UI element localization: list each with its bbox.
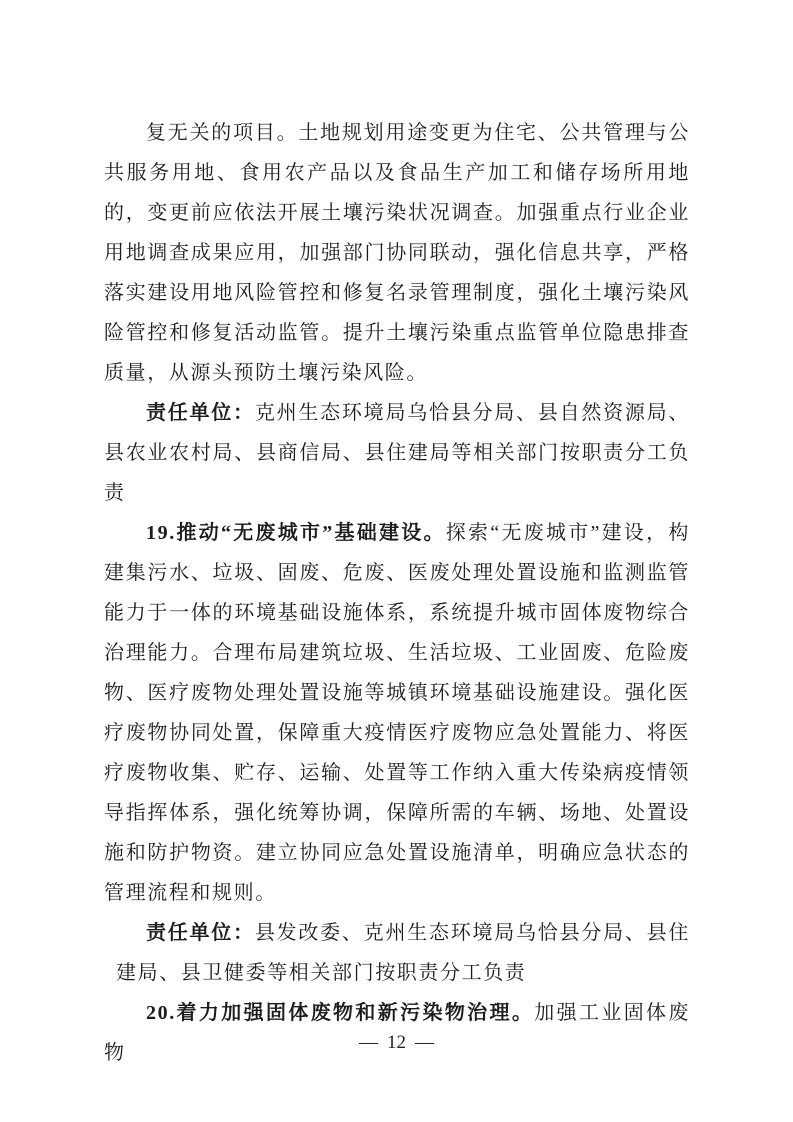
text-run: 探索“无废城市”建设，构建集污水、垃圾、固废、危废、医废处理处置设施和监测监管能… bbox=[104, 522, 690, 904]
item-19-heading: 19.推动“无废城市”基础建设。 bbox=[146, 522, 446, 544]
item-20-heading: 20.着力加强固体废物和新污染物治理。 bbox=[146, 1002, 534, 1024]
page-number: 12 bbox=[387, 1028, 406, 1058]
page-footer: —12— bbox=[0, 1028, 793, 1058]
footer-left-dash: — bbox=[359, 1028, 378, 1058]
responsible-unit-label: 责任单位： bbox=[146, 402, 255, 424]
text-run: 复无关的项目。土地规划用途变更为住宅、公共管理与公共服务用地、食用农产品以及食品… bbox=[104, 122, 690, 384]
paragraph-responsibility-18: 责任单位：克州生态环境局乌恰县分局、县自然资源局、县农业农村局、县商信局、县住建… bbox=[104, 393, 690, 513]
responsible-unit-label: 责任单位： bbox=[146, 922, 255, 944]
paragraph-responsibility-19: 责任单位：县发改委、克州生态环境局乌恰县分局、县住建局、县卫健委等相关部门按职责… bbox=[104, 913, 690, 993]
footer-right-dash: — bbox=[415, 1028, 434, 1058]
document-page: 复无关的项目。土地规划用途变更为住宅、公共管理与公共服务用地、食用农产品以及食品… bbox=[0, 0, 793, 1122]
paragraph-continuation: 复无关的项目。土地规划用途变更为住宅、公共管理与公共服务用地、食用农产品以及食品… bbox=[104, 113, 690, 393]
paragraph-item-19: 19.推动“无废城市”基础建设。探索“无废城市”建设，构建集污水、垃圾、固废、危… bbox=[104, 513, 690, 913]
document-body: 复无关的项目。土地规划用途变更为住宅、公共管理与公共服务用地、食用农产品以及食品… bbox=[104, 113, 690, 1073]
